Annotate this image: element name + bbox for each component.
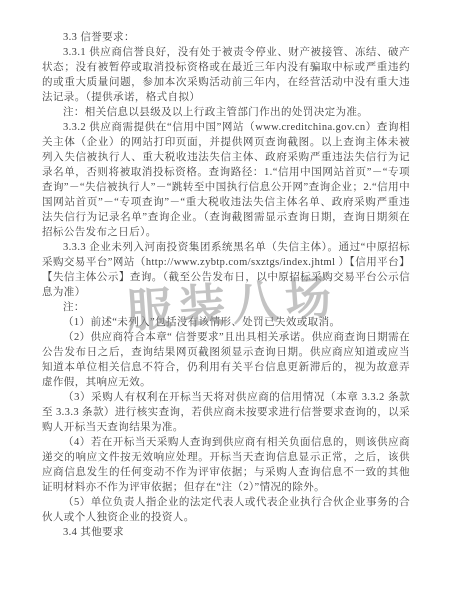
- note-administrative: 注：相关信息以县级及以上行政主管部门作出的处罚决定为准。: [42, 105, 410, 120]
- document-page: 3.3 信誉要求：3.3.1 供应商信誉良好，没有处于被责令停业、财产被接管、冻…: [42, 30, 410, 540]
- clause-3-3-3: 3.3.3 企业未列入河南投资集团系统黑名单（失信主体）。通过“中原招标采购交易…: [42, 240, 410, 300]
- note-3: （3）采购人有权利在开标当天将对供应商的信用情况（本章 3.3.2 条款至 3.…: [42, 390, 410, 435]
- notes-heading: 注：: [42, 300, 410, 315]
- note-5: （5）单位负责人指企业的法定代表人或代表企业执行合伙企业事务的合伙人或个人独资企…: [42, 495, 410, 525]
- note-4: （4）若在开标当天采购人查询到供应商有相关负面信息的，则该供应商递交的响应文件按…: [42, 435, 410, 495]
- section-3-3-heading: 3.3 信誉要求：: [42, 30, 410, 45]
- clause-3-3-1: 3.3.1 供应商信誉良好，没有处于被责令停业、财产被接管、冻结、破产状态；没有…: [42, 45, 410, 105]
- note-1: （1）前述“未列入”包括没有该情形、处罚已失效或取消。: [42, 315, 410, 330]
- section-3-4-heading: 3.4 其他要求: [42, 525, 410, 540]
- clause-3-3-2: 3.3.2 供应商需提供在“信用中国”网站（www.creditchina.go…: [42, 120, 410, 240]
- note-2: （2）供应商符合本章“ 信誉要求”且出具相关承诺。供应商查询日期需在公告发布日之…: [42, 330, 410, 390]
